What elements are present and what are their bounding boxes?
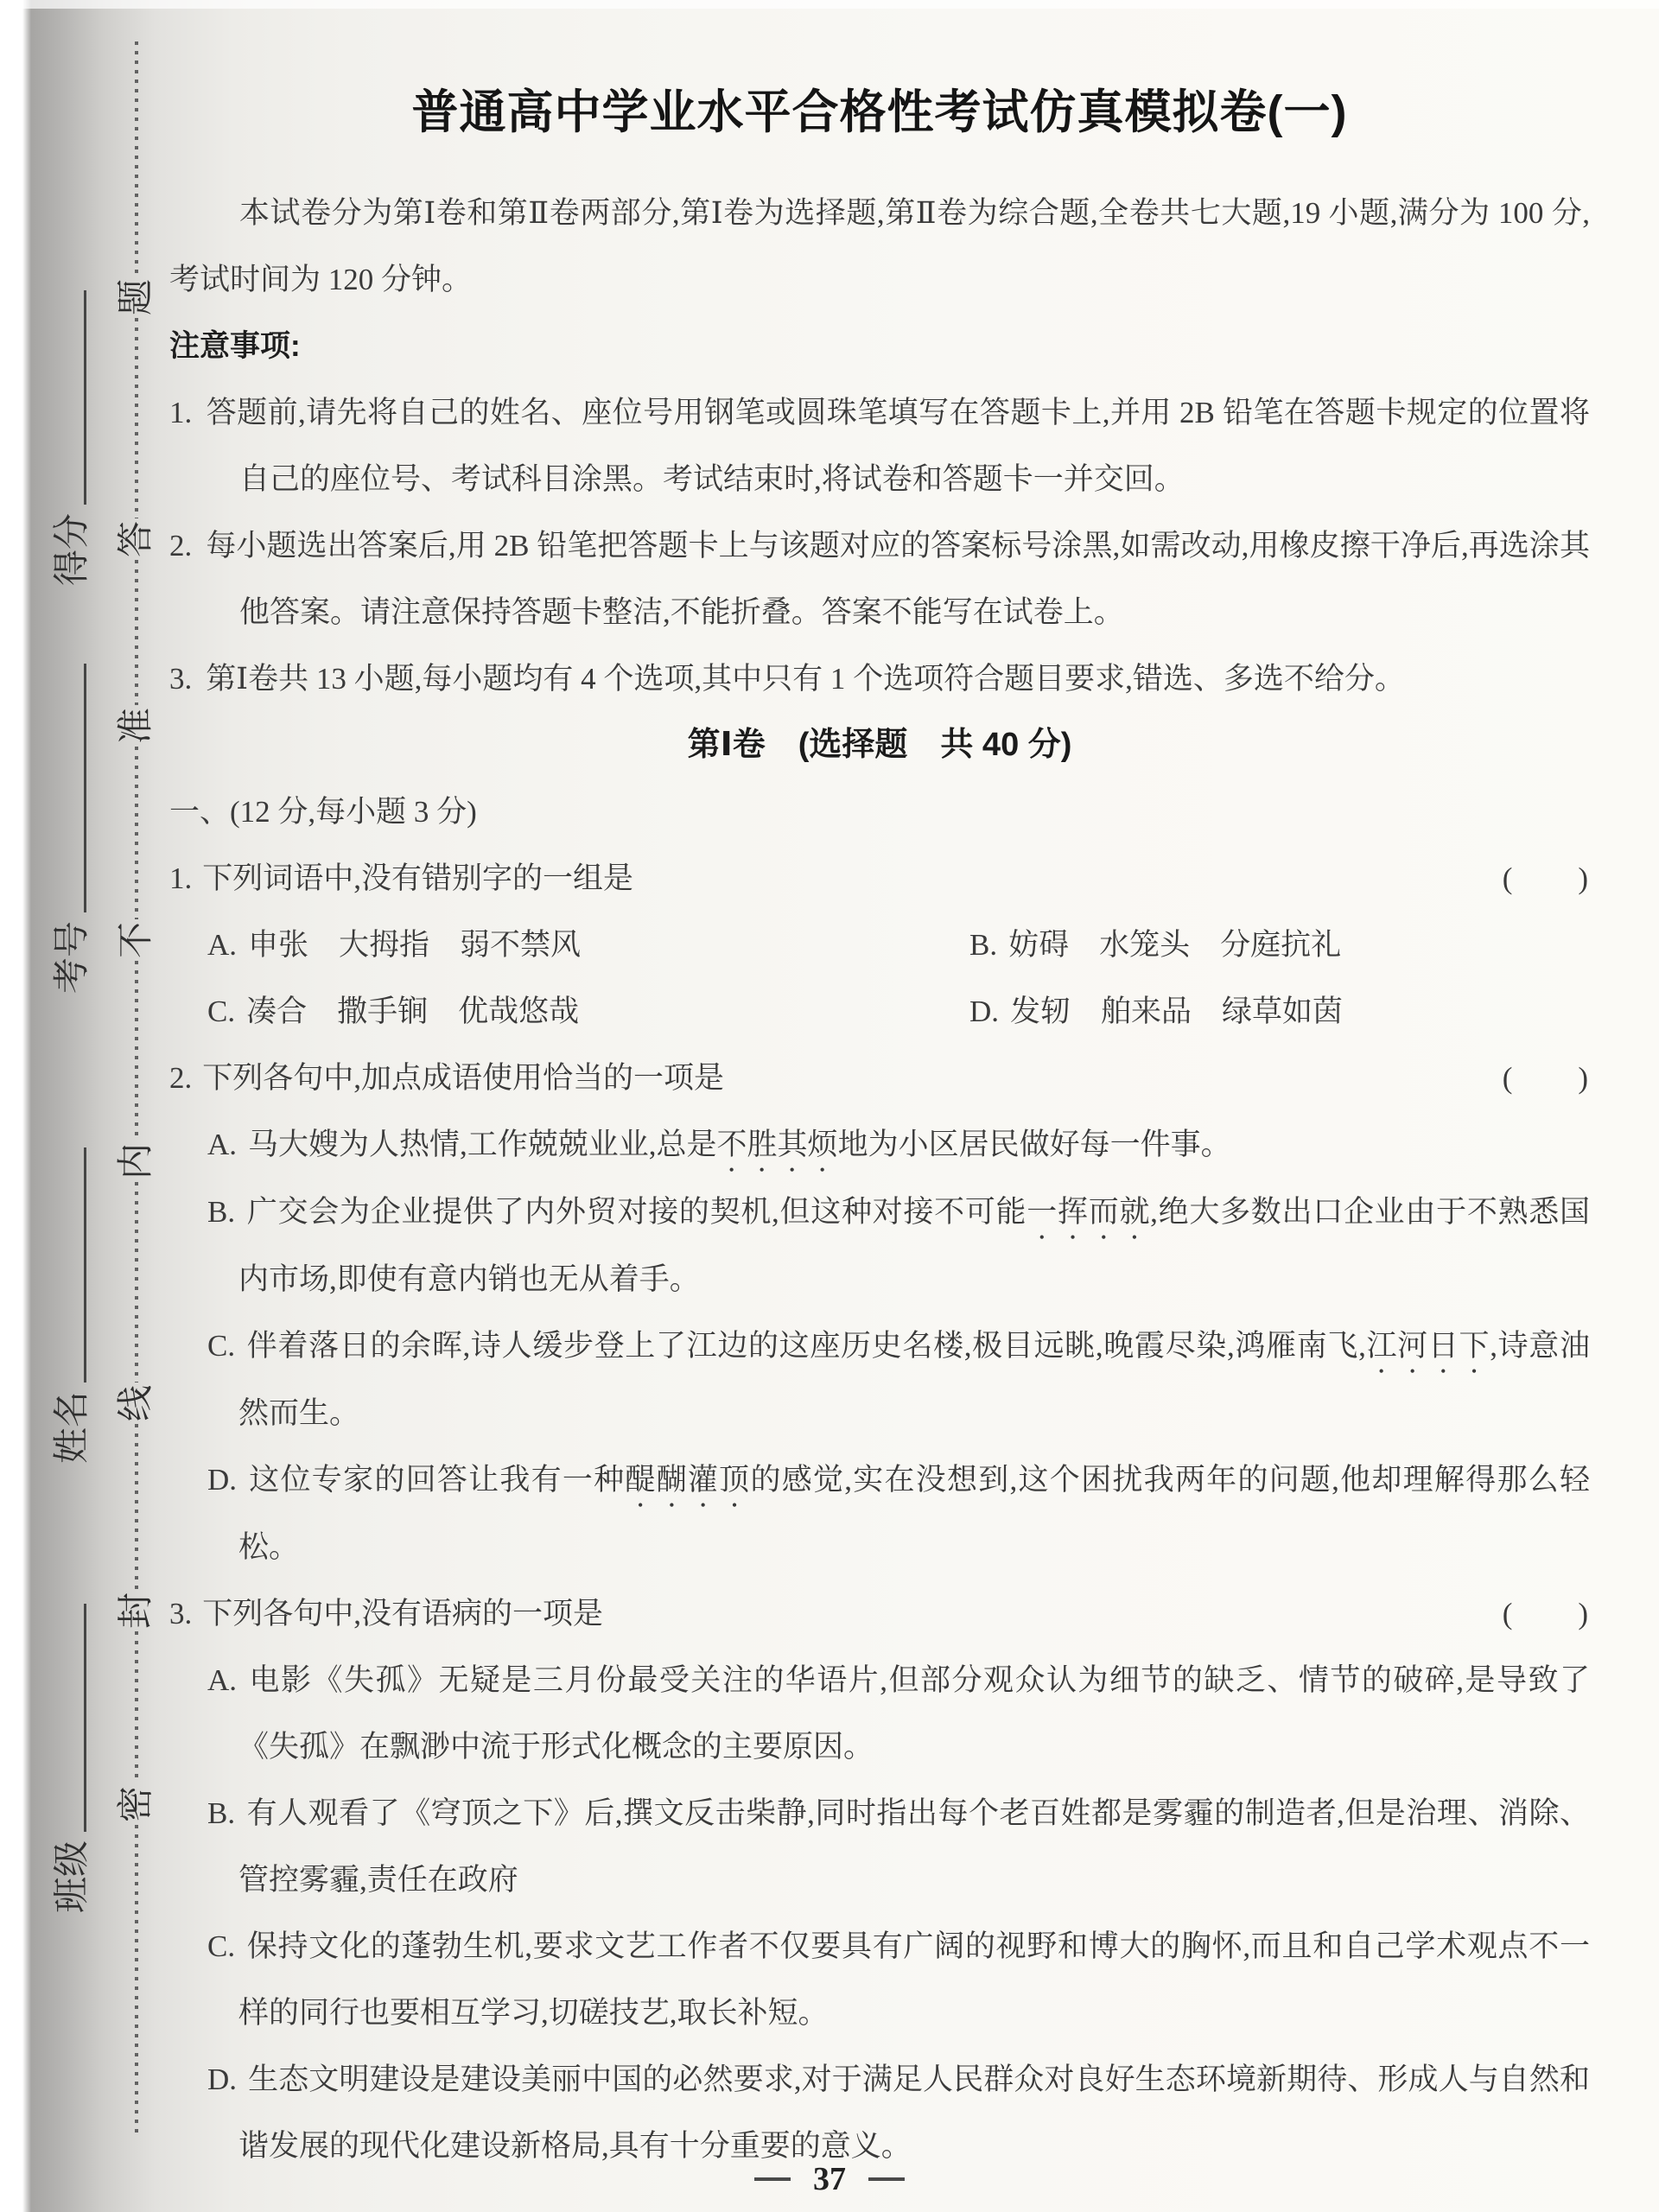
notice-item-text: 第Ⅰ卷共 13 小题,每小题均有 4 个选项,其中只有 1 个选项符合题目要求,… [206,662,1405,696]
notice-heading: 注意事项: [169,313,1590,379]
name-field-label: 姓名 [52,1386,93,1469]
option-3C: C.保持文化的蓬勃生机,要求文艺工作者不仅要具有广阔的视野和博大的胸怀,而且和自… [207,1913,1590,2046]
seal-char: 封 [116,1590,157,1631]
page-number-dash [754,2177,791,2181]
question-1-options-row-1: A.申张 大拇指 弱不禁风 B.妨碍 水笼头 分庭抗礼 [169,912,1590,978]
option-1A: A.申张 大拇指 弱不禁风 [207,912,931,978]
intro-paragraph: 本试卷分为第Ⅰ卷和第Ⅱ卷两部分,第Ⅰ卷为选择题,第Ⅱ卷为综合题,全卷共七大题,1… [169,180,1590,313]
option-text: 凑合 撒手锏 优哉悠哉 [246,995,579,1028]
question-text: 下列各句中,没有语病的一项是 [202,1597,603,1630]
page-footer: 37 [0,2153,1659,2205]
option-label: A. [207,928,237,962]
option-label: B. [207,1796,235,1830]
option-label: C. [207,1929,235,1963]
seal-char: 线 [116,1382,157,1424]
option-2B: B.广交会为企业提供了内外贸对接的契机,但这种对接不可能一挥而就,绝大多数出口企… [207,1179,1590,1313]
answer-blank: ( ) [1503,845,1590,912]
option-label: B. [207,1195,235,1229]
option-label: C. [207,1329,235,1363]
option-text: 有人观看了《穹顶之下》后,撰文反击柴静,同时指出每个老百姓都是雾霾的制造者,但是… [238,1796,1590,1897]
exam-number-field-label: 考号 [52,916,93,999]
option-text: 马大嫂为人热情,工作兢兢业业,总是 [248,1128,717,1161]
emphasized-idiom: 醍醐灌顶 [625,1463,750,1497]
question-3-stem: ( )3.下列各句中,没有语病的一项是 [169,1580,1590,1647]
emphasized-idiom: 一挥而就 [1027,1195,1150,1229]
notice-item-3: 3.第Ⅰ卷共 13 小题,每小题均有 4 个选项,其中只有 1 个选项符合题目要… [169,645,1590,712]
option-3A: A.电影《失孤》无疑是三月份最受关注的华语片,但部分观众认为细节的缺乏、情节的破… [207,1647,1590,1780]
option-label: C. [207,995,235,1028]
option-text: 电影《失孤》无疑是三月份最受关注的华语片,但部分观众认为细节的缺乏、情节的破碎,… [238,1663,1590,1764]
section-header: 第Ⅰ卷 (选择题 共 40 分) [169,712,1590,779]
exam-content: 普通高中学业水平合格性考试仿真模拟卷(一) 本试卷分为第Ⅰ卷和第Ⅱ卷两部分,第Ⅰ… [169,74,1590,2179]
question-text: 下列各句中,加点成语使用恰当的一项是 [202,1061,724,1095]
question-2-stem: ( )2.下列各句中,加点成语使用恰当的一项是 [169,1045,1590,1111]
option-text: 广交会为企业提供了内外贸对接的契机,但这种对接不可能 [246,1195,1027,1229]
option-text: 申张 大拇指 弱不禁风 [248,928,581,962]
option-3B: B.有人观看了《穹顶之下》后,撰文反击柴静,同时指出每个老百姓都是雾霾的制造者,… [207,1780,1590,1913]
emphasized-idiom: 不胜其烦 [717,1128,838,1161]
option-text: 地为小区居民做好每一件事。 [838,1128,1231,1161]
seal-char: 答 [116,518,157,560]
notice-item-1: 1.答题前,请先将自己的姓名、座位号用钢笔或圆珠笔填写在答题卡上,并用 2B 铅… [169,379,1590,512]
exam-paper-page: 题 答 准 不 内 线 封 密 得分 考号 姓名 班级 普通高中学业水平合格性考… [0,0,1659,2212]
exam-number-blank-line [84,664,86,912]
question-number: 3. [169,1597,192,1630]
seal-char: 内 [116,1141,157,1182]
option-2C: C.伴着落日的余晖,诗人缓步登上了江边的这座历史名楼,极目远眺,晚霞尽染,鸿雁南… [207,1313,1590,1446]
option-label: D. [207,1463,237,1497]
option-label: A. [207,1128,237,1161]
name-blank-line [84,1147,86,1382]
seal-char: 题 [116,276,157,318]
question-1-options-row-2: C.凑合 撒手锏 优哉悠哉 D.发轫 舶来品 绿草如茵 [169,978,1590,1045]
emphasized-idiom: 江河日下 [1366,1329,1490,1363]
question-text: 下列词语中,没有错别字的一组是 [202,861,633,895]
option-text: 生态文明建设是建设美丽中国的必然要求,对于满足人民群众对良好生态环境新期待、形成… [238,2063,1590,2163]
score-field-label: 得分 [52,508,93,591]
score-blank-line [84,290,86,505]
option-text: 妨碍 水笼头 分庭抗礼 [1008,928,1341,962]
option-2A: A.马大嫂为人热情,工作兢兢业业,总是不胜其烦地为小区居民做好每一件事。 [207,1111,1590,1179]
option-label: D. [969,995,999,1028]
page-number: 37 [813,2160,846,2198]
notice-item-text: 答题前,请先将自己的姓名、座位号用钢笔或圆珠笔填写在答题卡上,并用 2B 铅笔在… [206,396,1590,496]
answer-blank: ( ) [1503,1580,1590,1647]
seal-line: 题 答 准 不 内 线 封 密 [128,41,145,2136]
answer-blank: ( ) [1503,1045,1590,1111]
option-2D: D.这位专家的回答让我有一种醍醐灌顶的感觉,实在没想到,这个困扰我两年的问题,他… [207,1446,1590,1580]
question-number: 2. [169,1061,192,1095]
notice-item-number: 3. [169,662,192,696]
notice-item-text: 每小题选出答案后,用 2B 铅笔把答题卡上与该题对应的答案标号涂黑,如需改动,用… [206,529,1590,629]
part-heading: 一、(12 分,每小题 3 分) [169,779,1590,845]
question-1-stem: ( )1.下列词语中,没有错别字的一组是 [169,845,1590,912]
notice-item-number: 2. [169,529,192,563]
option-1D: D.发轫 舶来品 绿草如茵 [969,978,1343,1045]
class-blank-line [84,1604,86,1832]
option-1C: C.凑合 撒手锏 优哉悠哉 [207,978,931,1045]
option-text: 保持文化的蓬勃生机,要求文艺工作者不仅要具有广阔的视野和博大的胸怀,而且和自己学… [238,1929,1590,2030]
option-label: B. [969,928,997,962]
seal-char: 准 [116,705,157,747]
option-text: 这位专家的回答让我有一种 [248,1463,625,1497]
notice-item-number: 1. [169,396,192,429]
class-field-label: 班级 [52,1835,93,1918]
page-number-dash [868,2177,905,2181]
notice-item-2: 2.每小题选出答案后,用 2B 铅笔把答题卡上与该题对应的答案标号涂黑,如需改动… [169,512,1590,645]
option-label: D. [207,2063,237,2096]
option-label: A. [207,1663,237,1697]
page-title: 普通高中学业水平合格性考试仿真模拟卷(一) [169,74,1590,150]
seal-char: 密 [116,1783,157,1825]
seal-char: 不 [116,919,157,961]
option-text: 发轫 舶来品 绿草如茵 [1010,995,1343,1028]
option-text: 伴着落日的余晖,诗人缓步登上了江边的这座历史名楼,极目远眺,晚霞尽染,鸿雁南飞, [246,1329,1366,1363]
option-1B: B.妨碍 水笼头 分庭抗礼 [969,912,1341,978]
question-number: 1. [169,861,192,895]
